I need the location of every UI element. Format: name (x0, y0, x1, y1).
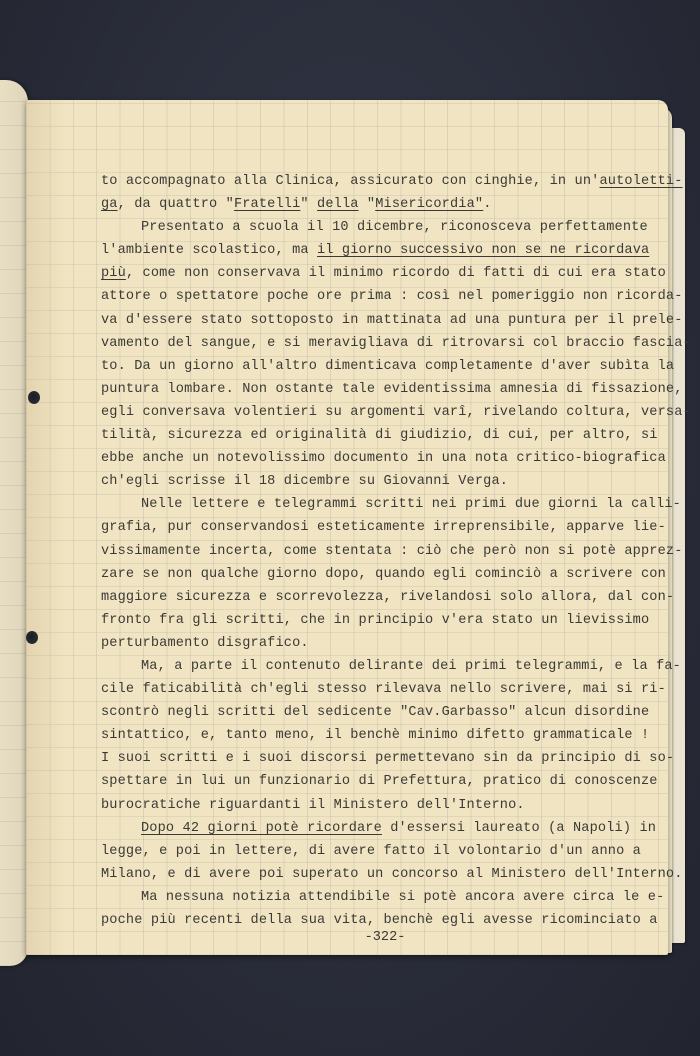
text-segment: to. Da un giorno all'altro dimenticava c… (101, 359, 674, 374)
text-line: scontrò negli scritti del sedicente "Cav… (101, 701, 651, 724)
underlined-text: ga (101, 197, 118, 212)
text-segment: zare se non qualche giorno dopo, quando … (101, 567, 666, 582)
text-segment: perturbamento disgrafico. (101, 636, 309, 651)
body-text: to accompagnato alla Clinica, assicurato… (101, 170, 651, 932)
text-line: poche più recenti della sua vita, benchè… (101, 909, 651, 932)
text-segment: vissimamente incerta, come stentata : ci… (101, 544, 683, 559)
binding-hole-lower (26, 631, 38, 644)
text-line: l'ambiente scolastico, ma il giorno succ… (101, 239, 651, 262)
underlined-text: autoletti- (599, 174, 682, 189)
page-number: -322- (0, 930, 700, 945)
underlined-text: il giorno successivo non se ne ricordava (317, 243, 649, 258)
text-line: perturbamento disgrafico. (101, 632, 651, 655)
text-line: to. Da un giorno all'altro dimenticava c… (101, 355, 651, 378)
text-line: ch'egli scrisse il 18 dicembre su Giovan… (101, 470, 651, 493)
underlined-text: della (317, 197, 359, 212)
text-segment: egli conversava volentieri su argomenti … (101, 405, 691, 420)
text-segment: Nelle lettere e telegrammi scritti nei p… (141, 497, 681, 512)
text-line: maggiore sicurezza e scorrevolezza, rive… (101, 586, 651, 609)
text-segment: burocratiche riguardanti il Ministero de… (101, 798, 525, 813)
text-segment: sintattico, e, tanto meno, il benchè min… (101, 728, 649, 743)
text-line: Milano, e di avere poi superato un conco… (101, 863, 651, 886)
underlined-text: Fratelli (234, 197, 300, 212)
previous-page-curl (0, 80, 28, 966)
text-line: va d'essere stato sottoposto in mattinat… (101, 309, 651, 332)
text-line: ebbe anche un notevolissimo documento in… (101, 447, 651, 470)
text-segment: poche più recenti della sua vita, benchè… (101, 913, 658, 928)
text-segment: vamento del sangue, e si meravigliava di… (101, 336, 691, 351)
text-segment: " (359, 197, 376, 212)
text-line: egli conversava volentieri su argomenti … (101, 401, 651, 424)
text-segment: , da quattro " (118, 197, 234, 212)
text-segment: . (483, 197, 491, 212)
text-line: fronto fra gli scritti, che in principio… (101, 609, 651, 632)
text-segment: spettare in lui un funzionario di Prefet… (101, 774, 658, 789)
text-line: to accompagnato alla Clinica, assicurato… (101, 170, 651, 193)
text-segment: attore o spettatore poche ore prima : co… (101, 289, 683, 304)
text-line: tilità, sicurezza ed originalità di giud… (101, 424, 651, 447)
underlined-text: Misericordia" (375, 197, 483, 212)
text-segment: va d'essere stato sottoposto in mattinat… (101, 313, 683, 328)
text-line: burocratiche riguardanti il Ministero de… (101, 794, 651, 817)
underlined-text: Dopo 42 giorni potè ricordare (141, 821, 382, 836)
text-segment: I suoi scritti e i suoi discorsi permett… (101, 751, 674, 766)
text-segment: ch'egli scrisse il 18 dicembre su Giovan… (101, 474, 508, 489)
text-segment: ebbe anche un notevolissimo documento in… (101, 451, 666, 466)
underlined-text: più (101, 266, 126, 281)
text-line: attore o spettatore poche ore prima : co… (101, 285, 651, 308)
text-line: Ma, a parte il contenuto delirante dei p… (101, 655, 651, 678)
text-segment: Presentato a scuola il 10 dicembre, rico… (141, 220, 648, 235)
text-line: zare se non qualche giorno dopo, quando … (101, 563, 651, 586)
text-line: grafia, pur conservandosi esteticamente … (101, 516, 651, 539)
text-line: più, come non conservava il minimo ricor… (101, 262, 651, 285)
text-line: Nelle lettere e telegrammi scritti nei p… (101, 493, 651, 516)
text-segment: Ma nessuna notizia attendibile si potè a… (141, 890, 664, 905)
text-segment: to accompagnato alla Clinica, assicurato… (101, 174, 599, 189)
text-segment: " (300, 197, 317, 212)
text-line: I suoi scritti e i suoi discorsi permett… (101, 747, 651, 770)
text-line: Presentato a scuola il 10 dicembre, rico… (101, 216, 651, 239)
text-segment: maggiore sicurezza e scorrevolezza, rive… (101, 590, 674, 605)
text-segment: , come non conservava il minimo ricordo … (126, 266, 666, 281)
text-segment: Milano, e di avere poi superato un conco… (101, 867, 683, 882)
text-segment: scontrò negli scritti del sedicente "Cav… (101, 705, 649, 720)
text-line: cile faticabilità ch'egli stesso rilevav… (101, 678, 651, 701)
text-line: Ma nessuna notizia attendibile si potè a… (101, 886, 651, 909)
text-segment: cile faticabilità ch'egli stesso rilevav… (101, 682, 666, 697)
text-line: ga, da quattro "Fratelli" della "Miseric… (101, 193, 651, 216)
text-line: vissimamente incerta, come stentata : ci… (101, 540, 651, 563)
text-segment: tilità, sicurezza ed originalità di giud… (101, 428, 658, 443)
text-line: puntura lombare. Non ostante tale eviden… (101, 378, 651, 401)
text-segment: legge, e poi in lettere, di avere fatto … (101, 844, 641, 859)
text-line: vamento del sangue, e si meravigliava di… (101, 332, 651, 355)
text-segment: Ma, a parte il contenuto delirante dei p… (141, 659, 681, 674)
text-line: sintattico, e, tanto meno, il benchè min… (101, 724, 651, 747)
binding-hole-upper (28, 391, 40, 404)
text-segment: grafia, pur conservandosi esteticamente … (101, 520, 666, 535)
text-segment: puntura lombare. Non ostante tale eviden… (101, 382, 683, 397)
text-line: legge, e poi in lettere, di avere fatto … (101, 840, 651, 863)
text-line: spettare in lui un funzionario di Prefet… (101, 770, 651, 793)
text-segment: l'ambiente scolastico, ma (101, 243, 317, 258)
text-line: Dopo 42 giorni potè ricordare d'essersi … (101, 817, 651, 840)
text-segment: fronto fra gli scritti, che in principio… (101, 613, 649, 628)
text-segment: d'essersi laureato (a Napoli) in (382, 821, 656, 836)
